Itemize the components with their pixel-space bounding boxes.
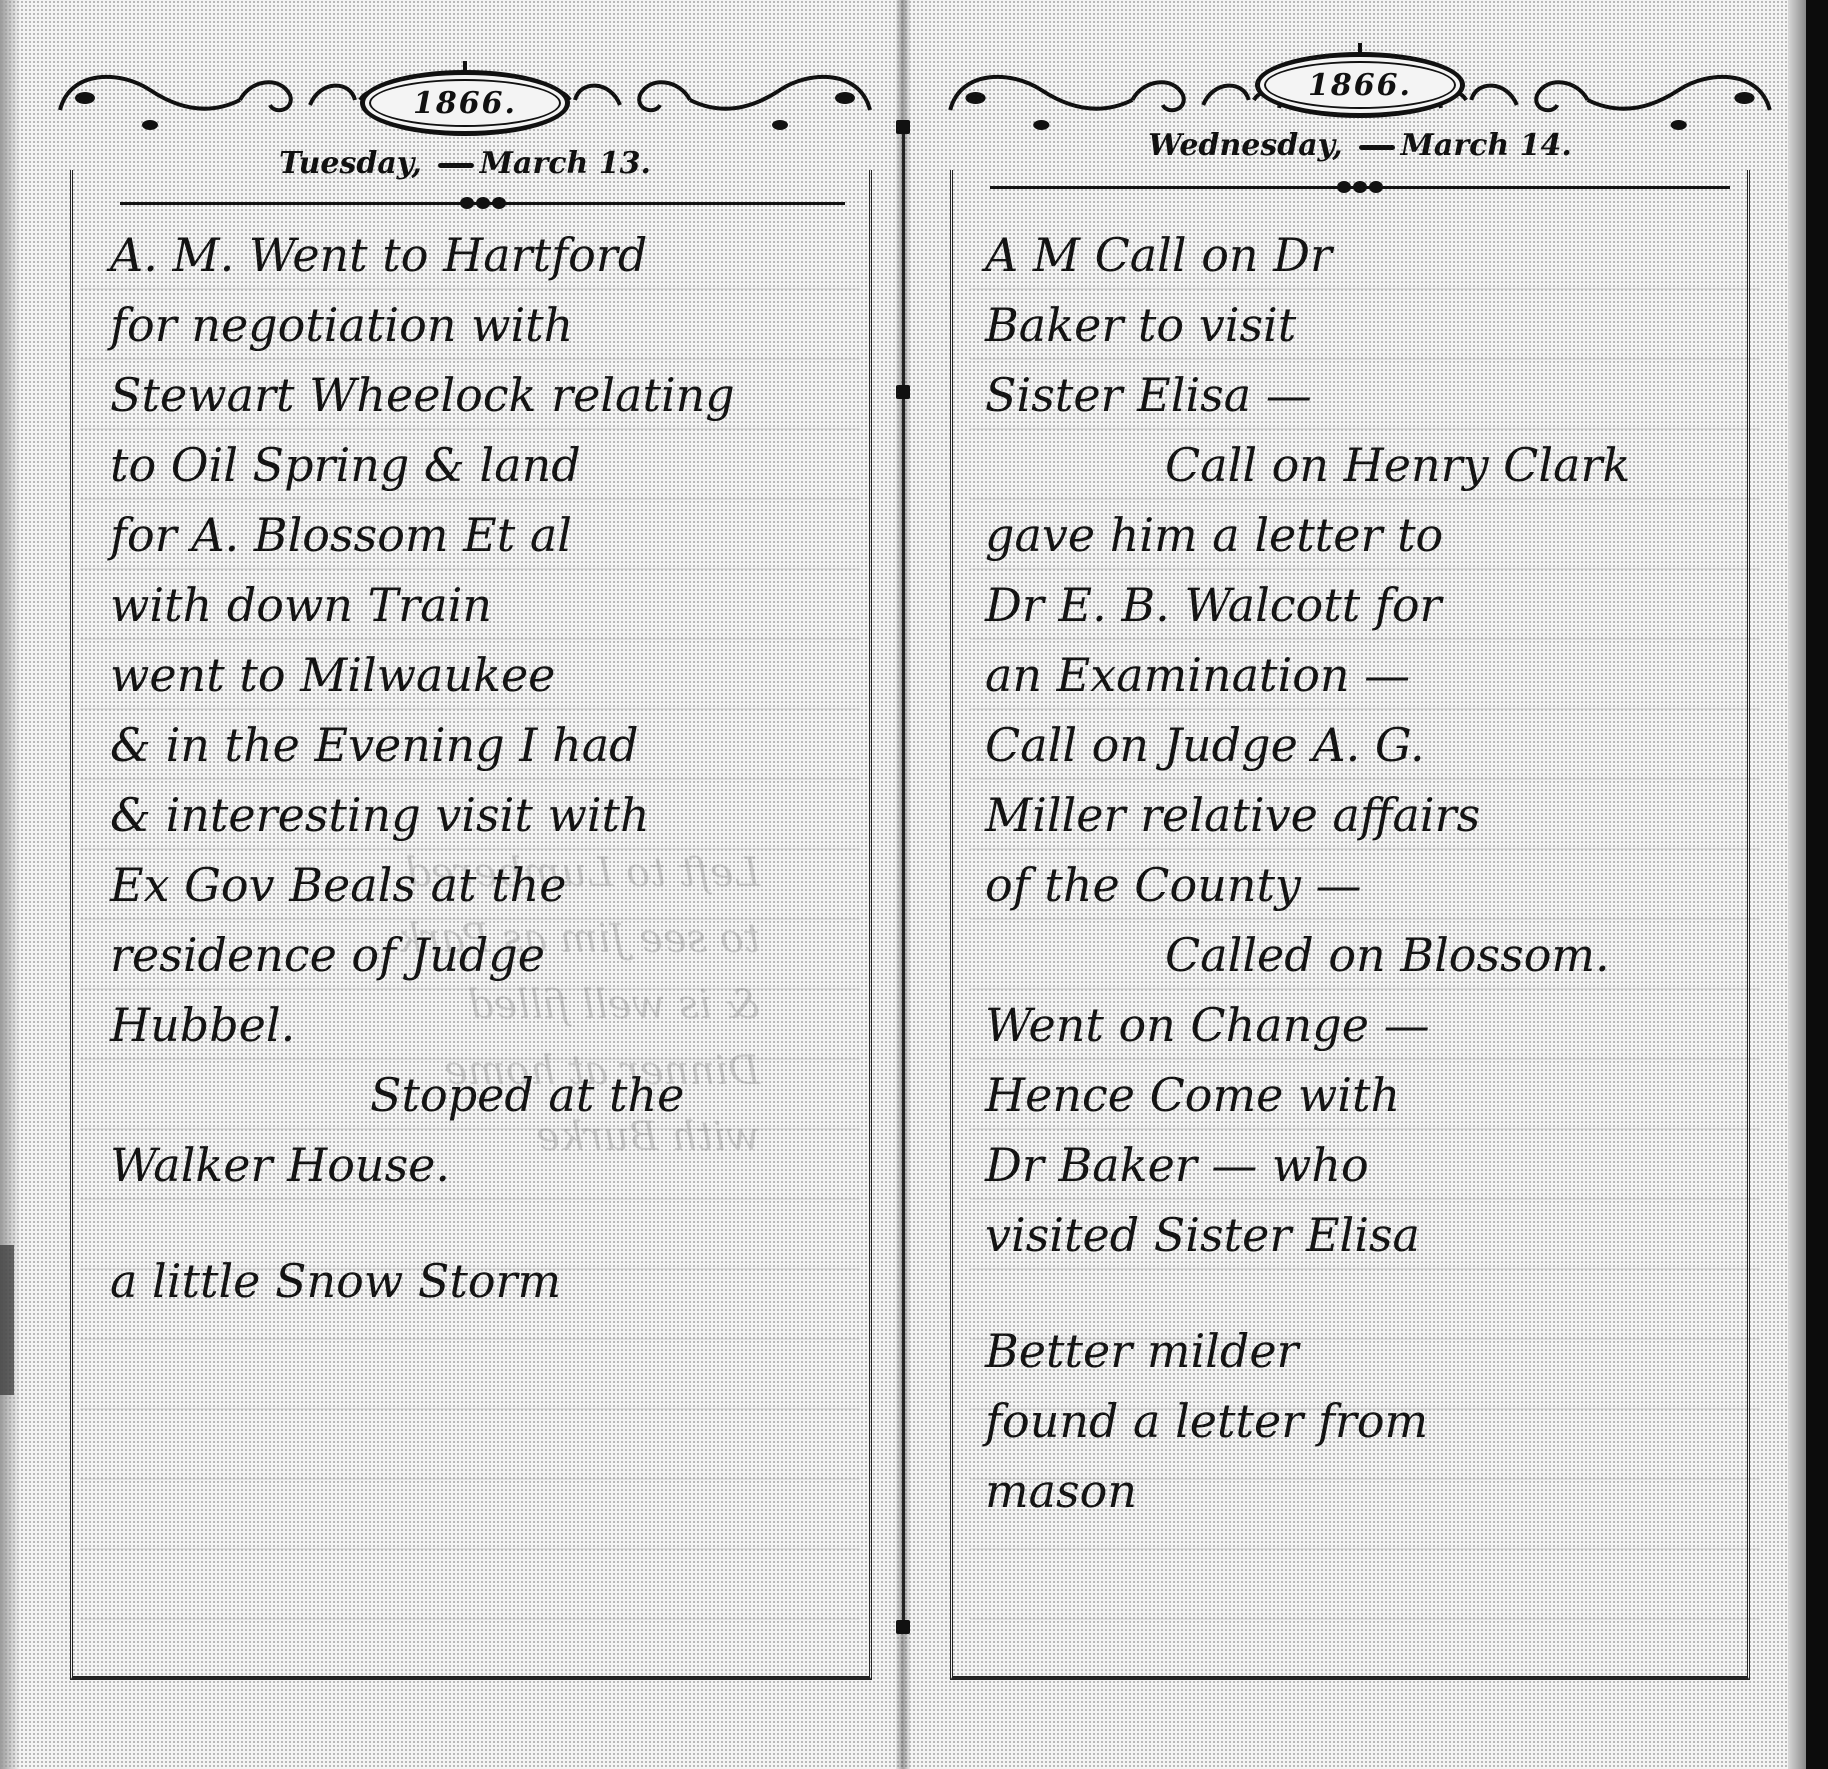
entry-line: A M Call on Dr — [985, 220, 1750, 290]
entry-line: Walker House. — [110, 1130, 850, 1200]
entry-line: Baker to visit — [985, 290, 1750, 360]
right-page: 1866. Wednesday,March 14. A M Call on Dr… — [930, 20, 1790, 1740]
page-date: Wednesday,March 14. — [930, 128, 1790, 163]
entry-line: visited Sister Elisa — [985, 1200, 1750, 1270]
entry-line: Hence Come with — [985, 1060, 1750, 1130]
entry-line: & in the Evening I had — [110, 710, 850, 780]
month: March — [480, 146, 589, 181]
binding-thread — [902, 120, 905, 1620]
left-edge-stain — [0, 1245, 14, 1395]
entry-line: to Oil Spring & land — [110, 430, 850, 500]
diary-entry: A M Call on Dr Baker to visit Sister Eli… — [985, 220, 1750, 1526]
entry-line: & interesting visit with — [110, 780, 850, 850]
entry-line: Called on Blossom. — [985, 920, 1750, 990]
entry-line: Stoped at the — [110, 1060, 850, 1130]
dash-ornament-icon — [1359, 145, 1395, 150]
left-page: 1866. Tuesday,March 13. Left to Lumbered… — [40, 20, 890, 1740]
year-badge: 1866. — [360, 70, 570, 136]
entry-line: Dr E. B. Walcott for — [985, 570, 1750, 640]
weather-note: Better milder — [985, 1316, 1750, 1386]
entry-line: found a letter from — [985, 1386, 1750, 1456]
rule-dots-icon — [1337, 181, 1383, 193]
entry-text: Hence Come with — [985, 1068, 1400, 1122]
day-number: 14. — [1520, 128, 1572, 163]
month: March — [1401, 128, 1510, 163]
entry-line: Stewart Wheelock relating — [110, 360, 850, 430]
page-header: 1866. Wednesday,March 14. — [930, 40, 1790, 190]
entry-line: of the County — — [985, 850, 1750, 920]
entry-line: residence of Judge — [110, 920, 850, 990]
entry-line: for negotiation with — [110, 290, 850, 360]
rule-dots-icon — [460, 197, 506, 209]
year-text: 1866. — [413, 86, 517, 121]
entry-line: Hubbel. — [110, 990, 850, 1060]
header-rule — [120, 202, 845, 205]
weekday: Tuesday, — [279, 146, 422, 181]
entry-line: Call on Judge A. G. — [985, 710, 1750, 780]
entry-line: gave him a letter to — [985, 500, 1750, 570]
entry-line: mason — [985, 1456, 1750, 1526]
entry-line: for A. Blossom Et al — [110, 500, 850, 570]
dash-ornament-icon — [438, 163, 474, 168]
entry-line: Sister Elisa — — [985, 360, 1750, 430]
year-text: 1866. — [1308, 68, 1412, 103]
entry-line: Call on Henry Clark — [985, 430, 1750, 500]
entry-line: went to Milwaukee — [110, 640, 850, 710]
page-date: Tuesday,March 13. — [40, 146, 890, 181]
right-page-stack-edge — [1788, 0, 1806, 1769]
entry-line: A. M. Went to Hartford — [110, 220, 850, 290]
binding-knot-icon — [896, 385, 910, 399]
binding-knot-icon — [896, 120, 910, 134]
header-rule — [990, 186, 1730, 189]
diary-spread: 1866. Tuesday,March 13. Left to Lumbered… — [0, 0, 1828, 1769]
book-cover-edge — [1806, 0, 1828, 1769]
entry-line: Dr Baker — who — [985, 1130, 1750, 1200]
left-page-edge-shadow — [0, 0, 20, 1769]
day-number: 13. — [599, 146, 651, 181]
weekday: Wednesday, — [1148, 128, 1343, 163]
entry-line: Went on Change — — [985, 990, 1750, 1060]
page-header: 1866. Tuesday,March 13. — [40, 40, 890, 190]
weather-note: a little Snow Storm — [110, 1246, 850, 1316]
diary-entry: A. M. Went to Hartford for negotiation w… — [110, 220, 850, 1316]
entry-line: with down Train — [110, 570, 850, 640]
entry-line: an Examination — — [985, 640, 1750, 710]
entry-line: Ex Gov Beals at the — [110, 850, 850, 920]
entry-line: Miller relative affairs — [985, 780, 1750, 850]
binding-knot-icon — [896, 1620, 910, 1634]
year-badge: 1866. — [1255, 52, 1465, 118]
